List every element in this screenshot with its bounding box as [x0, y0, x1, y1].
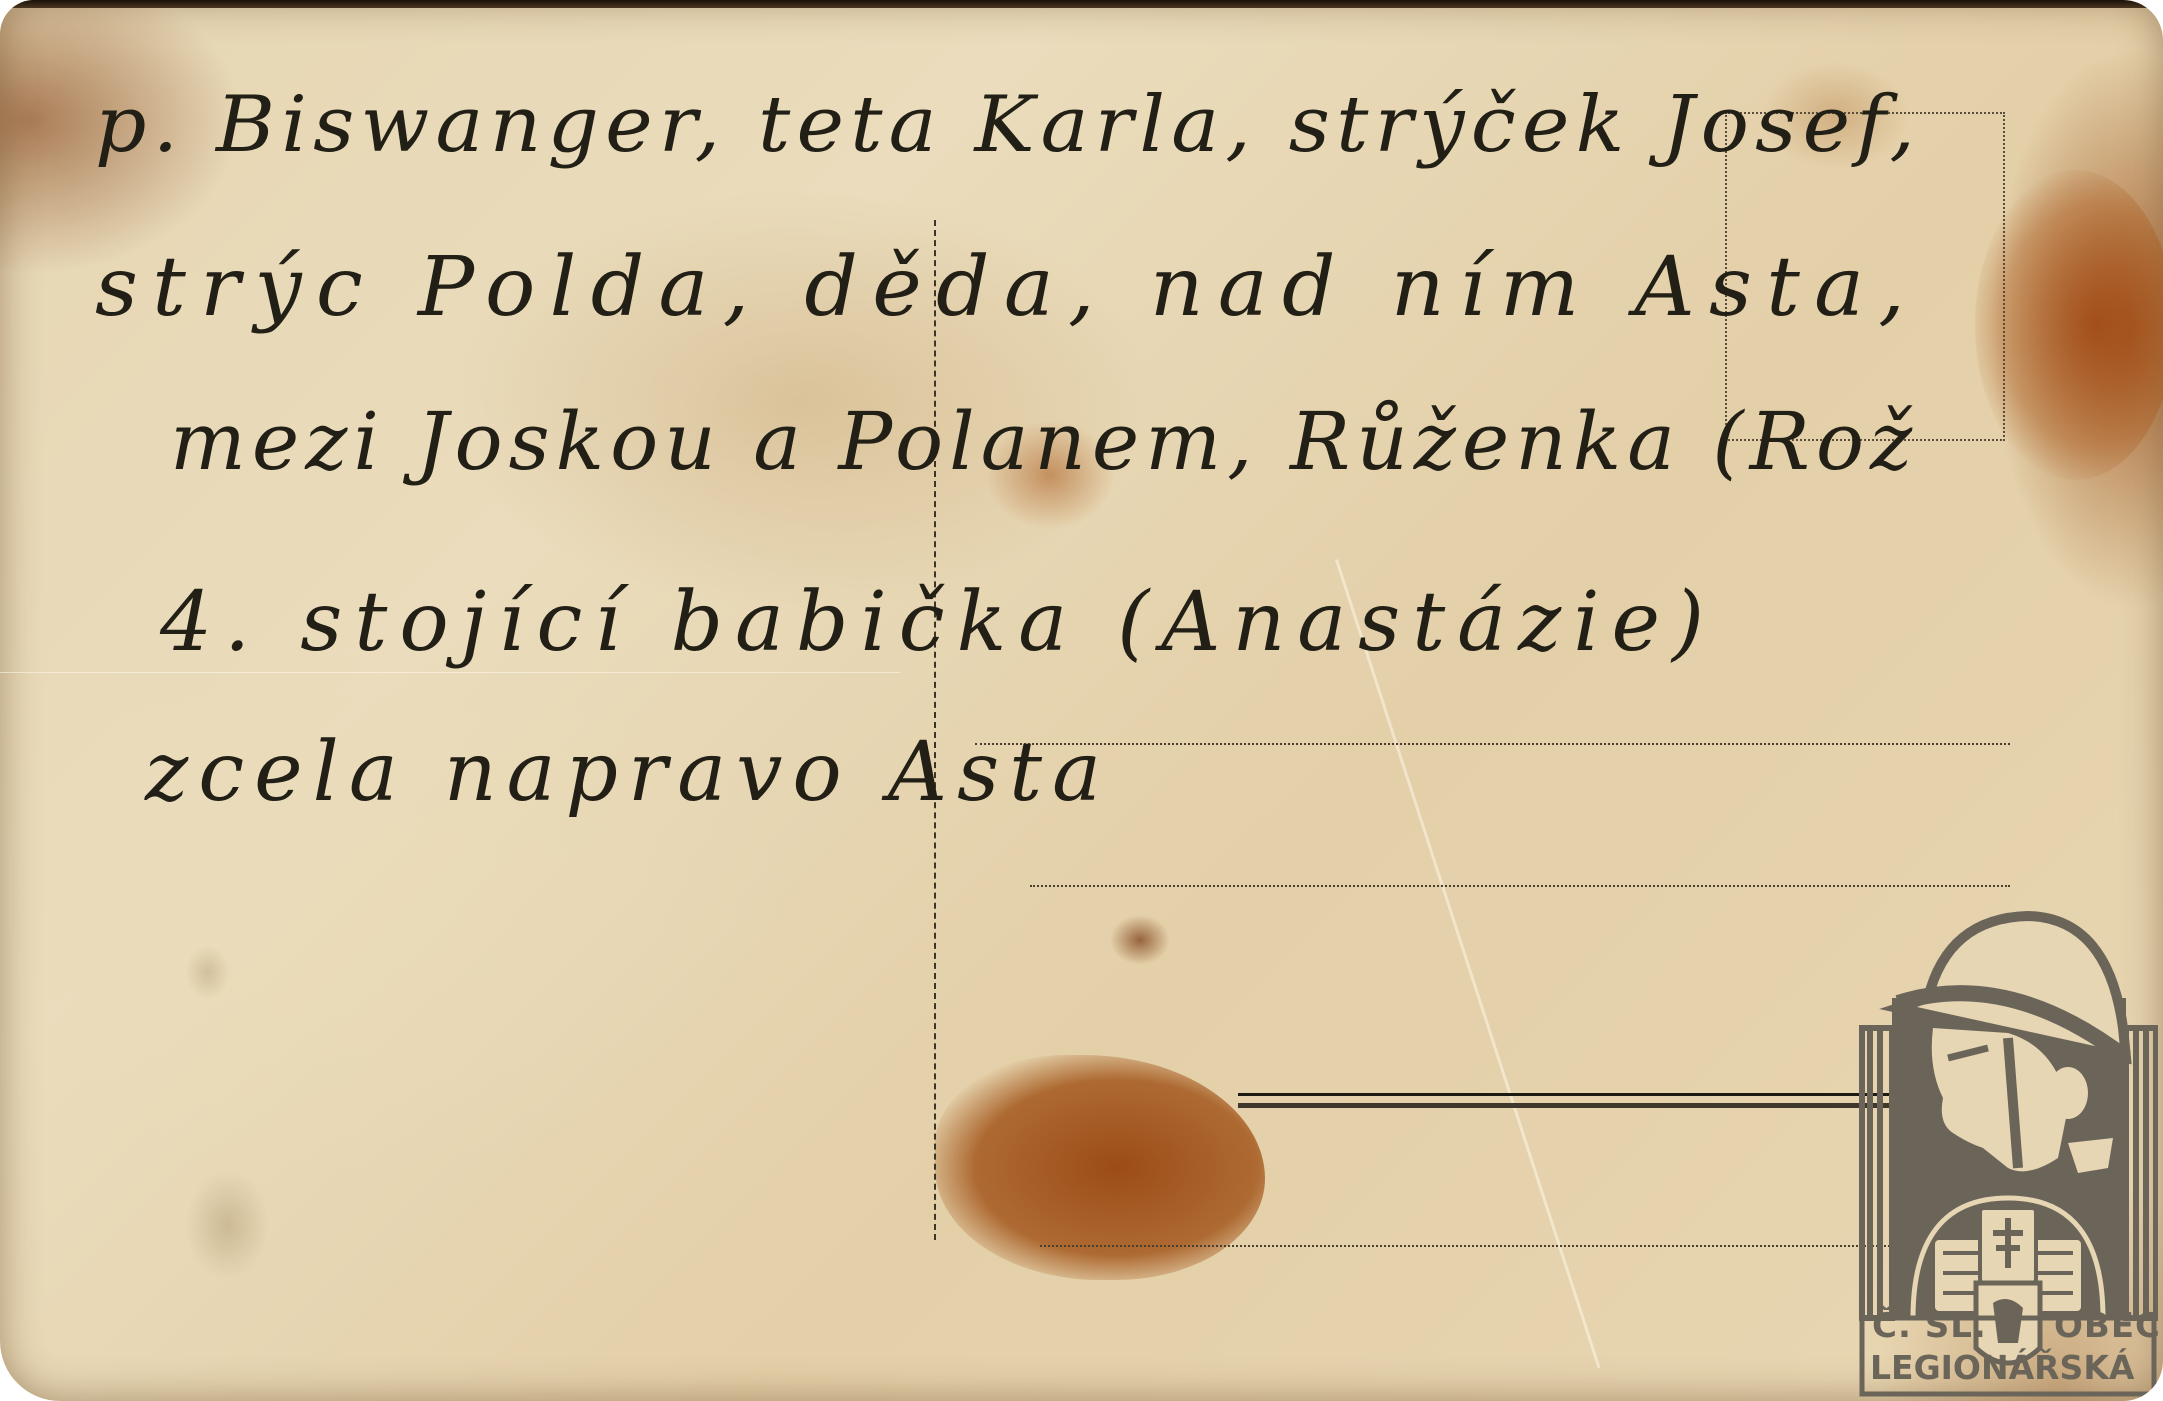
- stain-left-water: [185, 1170, 270, 1280]
- stain-left-water-small: [185, 945, 230, 1000]
- handwriting-line-1: p. Biswanger, teta Karla, strýček Josef,: [95, 80, 1921, 170]
- postcard: p. Biswanger, teta Karla, strýček Josef,…: [0, 0, 2163, 1401]
- handwriting-line-3: mezi Joskou a Polanem, Růženka (Rož: [170, 395, 1918, 488]
- logo-text-left: Č. SL.: [1872, 1306, 1987, 1346]
- paper-crease: [0, 672, 900, 673]
- stain-small-dark: [1110, 915, 1170, 965]
- logo-text-bottom: LEGIONÁŘSKÁ: [1870, 1348, 2134, 1387]
- address-line-2: [1030, 885, 2010, 887]
- card-top-edge: [0, 0, 2163, 8]
- address-line-1: [975, 743, 2010, 745]
- logo-text-right: OBEC: [2054, 1306, 2161, 1346]
- handwriting-line-5: zcela napravo Asta: [145, 725, 1111, 820]
- handwriting-line-2: strýc Polda, děda, nad ním Asta,: [95, 240, 1919, 335]
- legion-logo: Č. SL. OBEC LEGIONÁŘSKÁ: [1858, 908, 2158, 1398]
- handwriting-line-4: 4. stojící babička (Anastázie): [160, 575, 1716, 670]
